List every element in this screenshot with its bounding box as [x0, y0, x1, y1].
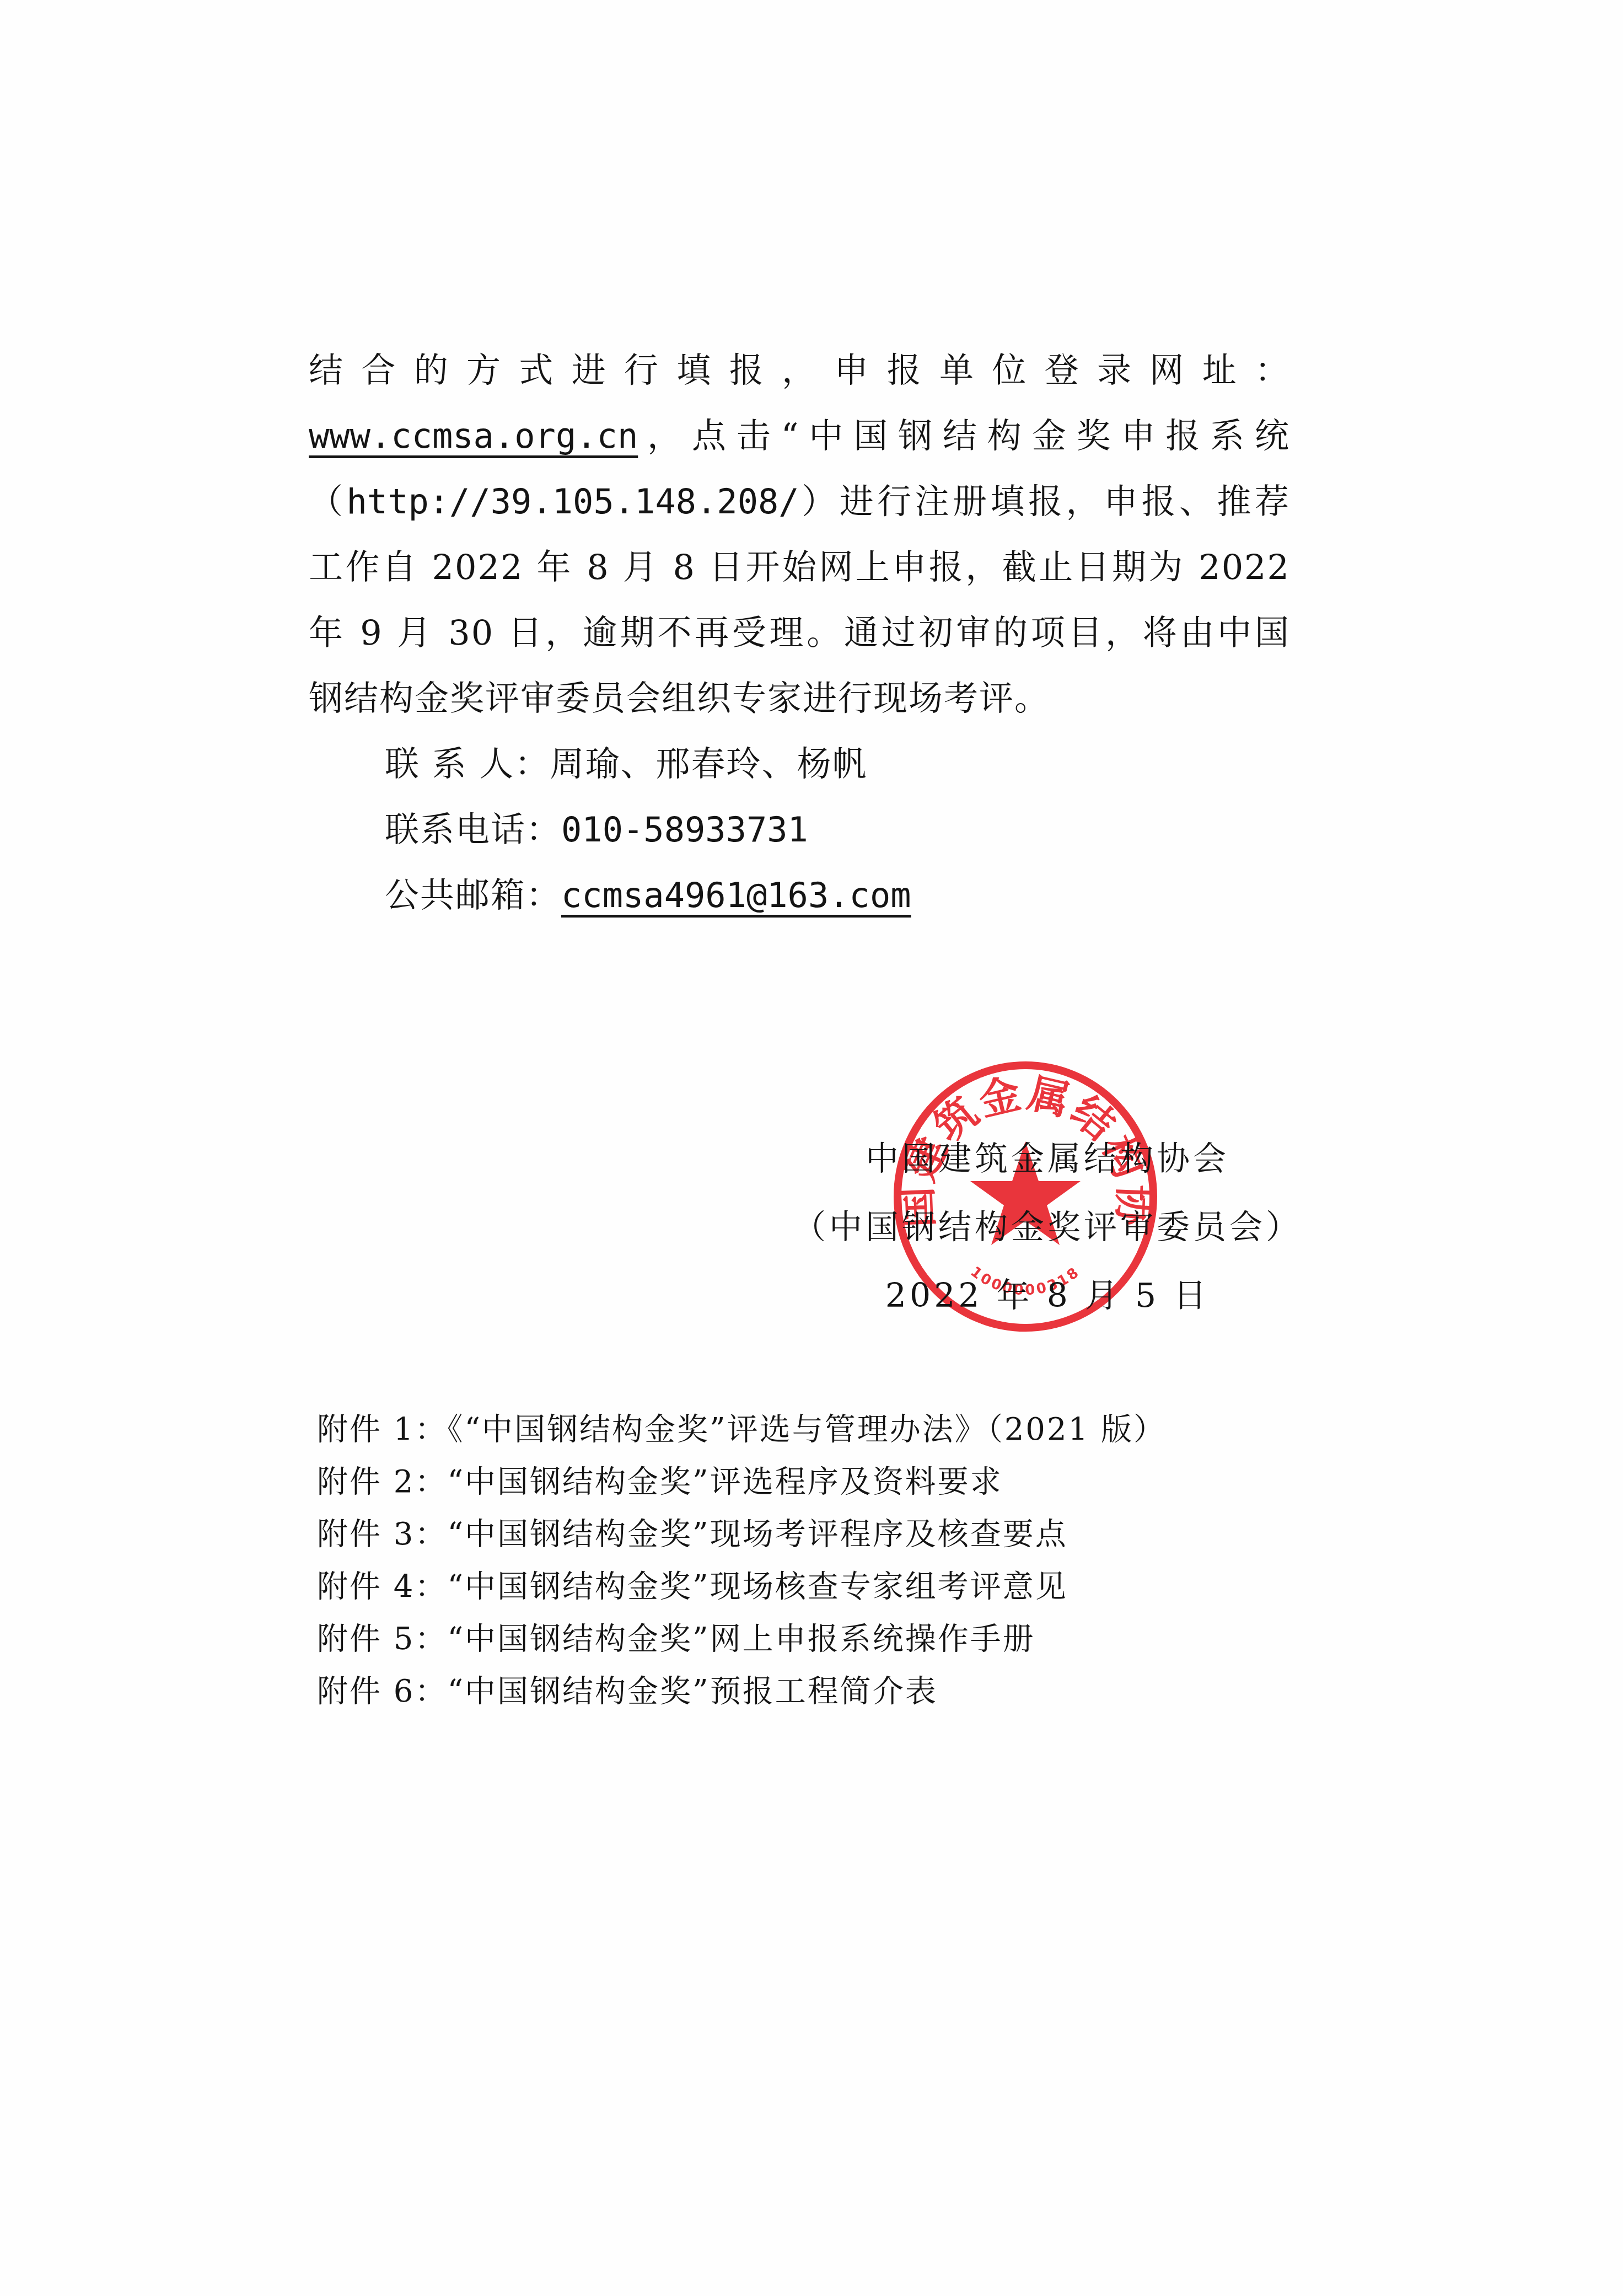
contact-person-label: 联 系 人： [385, 744, 550, 784]
contact-email-link[interactable]: ccmsa4961@163.com [561, 875, 911, 915]
attachment-item: 附件 1：《“中国钢结构金奖”评选与管理办法》（2021 版） [317, 1403, 1166, 1456]
body-line-2: www.ccmsa.org.cn，点击“中国钢结构金奖申报系统 [309, 403, 1290, 469]
contact-email-label: 公共邮箱： [385, 875, 561, 915]
contact-email: 公共邮箱：ccmsa4961@163.com [309, 862, 1290, 928]
body-line-5: 年 9 月 30 日，逾期不再受理。通过初审的项目，将由中国 [309, 600, 1290, 666]
notice-body: 结合的方式进行填报，申报单位登录网址： www.ccmsa.org.cn，点击“… [309, 337, 1290, 928]
body-line-3: （http://39.105.148.208/）进行注册填报，申报、推荐 [309, 469, 1290, 534]
contact-phone: 联系电话：010-58933731 [309, 797, 1290, 862]
attachment-item: 附件 3：“中国钢结构金奖”现场考评程序及核查要点 [317, 1508, 1166, 1560]
body-line-4: 工作自 2022 年 8 月 8 日开始网上申报，截止日期为 2022 [309, 534, 1290, 600]
signature-block: 中国建筑金属结构协会 （中国钢结构金奖评审委员会） 2022 年 8 月 5 日 [761, 1125, 1334, 1330]
url-open-paren: （ [309, 481, 346, 522]
attachment-item: 附件 6：“中国钢结构金奖”预报工程简介表 [317, 1665, 1166, 1718]
signature-committee: （中国钢结构金奖评审委员会） [761, 1193, 1334, 1262]
body-line-6: 钢结构金奖评审委员会组织专家进行现场考评。 [309, 666, 1290, 731]
contact-person-value: 周瑜、邢春玲、杨帆 [550, 744, 867, 784]
attachment-list: 附件 1：《“中国钢结构金奖”评选与管理办法》（2021 版） 附件 2：“中国… [317, 1403, 1166, 1718]
contact-phone-label: 联系电话： [385, 809, 561, 850]
signature-date: 2022 年 8 月 5 日 [761, 1262, 1334, 1330]
body-line-2-text: ，点击“中国钢结构金奖申报系统 [638, 416, 1290, 456]
attachment-item: 附件 4：“中国钢结构金奖”现场核查专家组考评意见 [317, 1560, 1166, 1613]
website-link[interactable]: www.ccmsa.org.cn [309, 416, 638, 456]
contact-phone-value: 010-58933731 [561, 809, 808, 850]
contact-person: 联 系 人：周瑜、邢春玲、杨帆 [309, 731, 1290, 797]
document-page: 结合的方式进行填报，申报单位登录网址： www.ccmsa.org.cn，点击“… [0, 0, 1623, 2296]
signature-organization: 中国建筑金属结构协会 [761, 1125, 1334, 1193]
attachment-item: 附件 5：“中国钢结构金奖”网上申报系统操作手册 [317, 1613, 1166, 1665]
body-line-3-text: ）进行注册填报，申报、推荐 [799, 481, 1290, 522]
system-url: http://39.105.148.208/ [346, 481, 799, 522]
body-line-1: 结合的方式进行填报，申报单位登录网址： [309, 337, 1290, 403]
attachment-item: 附件 2：“中国钢结构金奖”评选程序及资料要求 [317, 1456, 1166, 1508]
